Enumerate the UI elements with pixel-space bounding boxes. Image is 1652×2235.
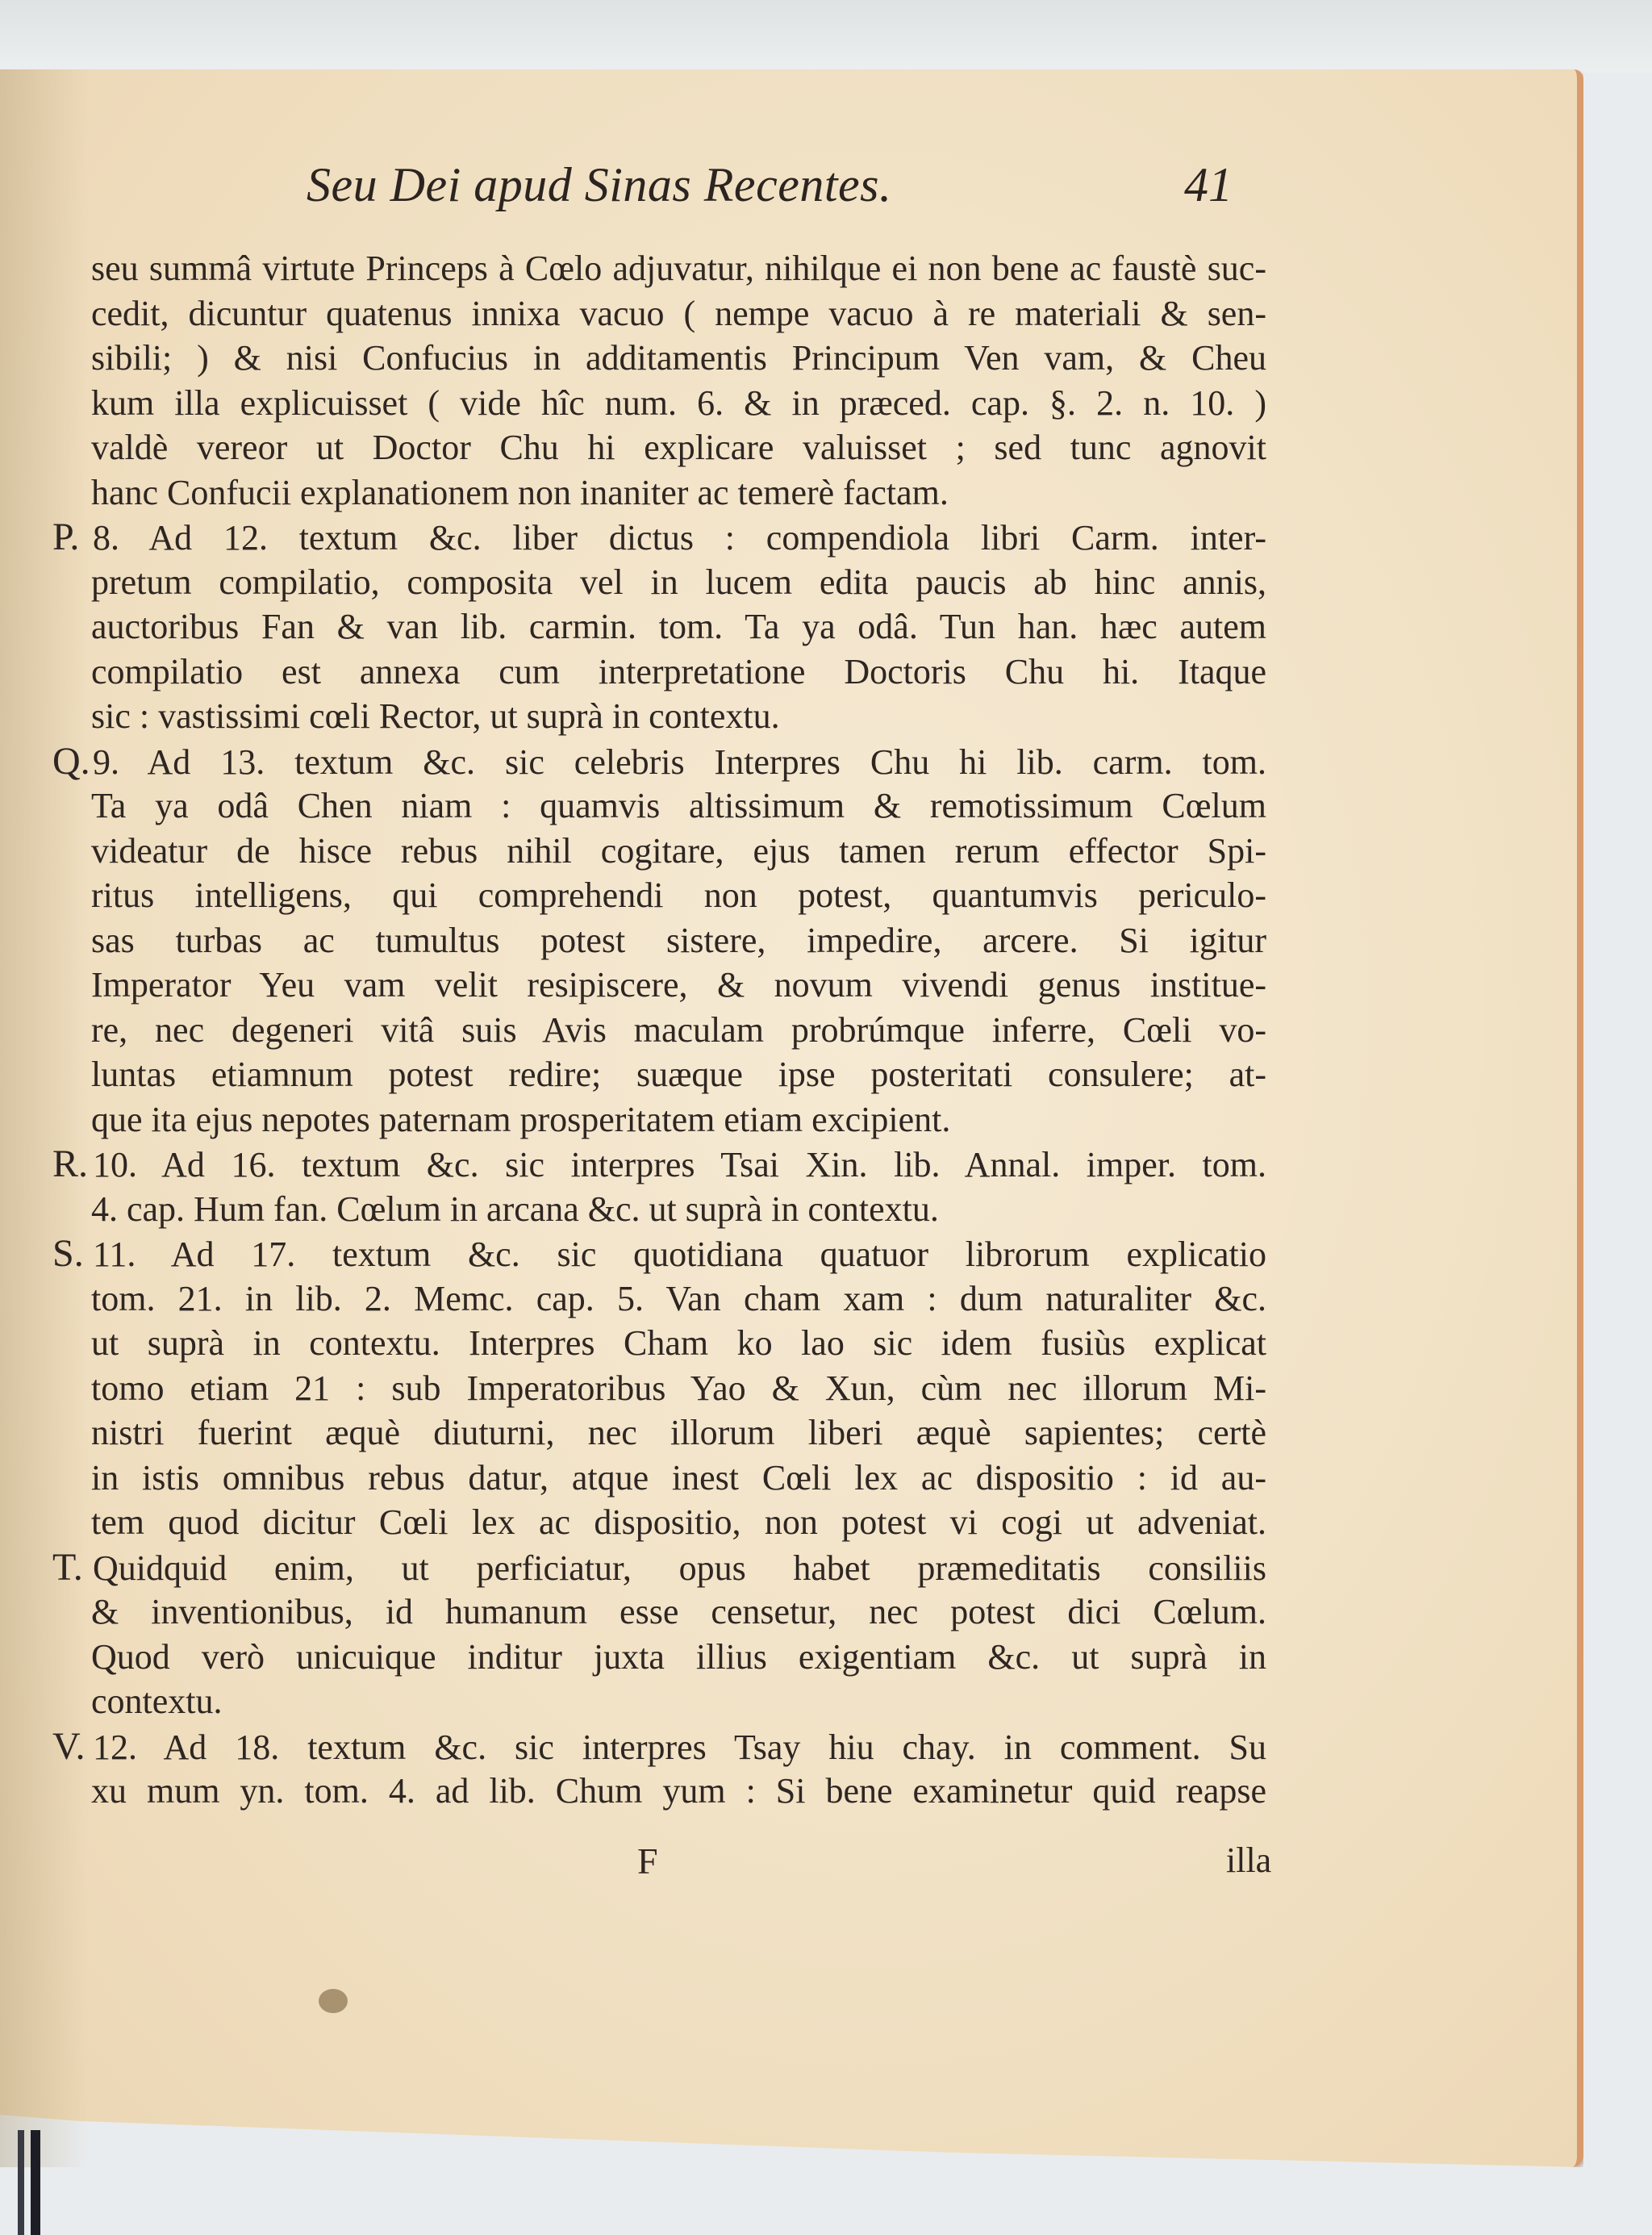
note-line: R.10. Ad 16. textum &c. sic interpres Ts…: [52, 1142, 1266, 1187]
text-line: & inventionibus, id humanum esse censetu…: [52, 1590, 1266, 1635]
note-marker: T.: [52, 1545, 93, 1590]
binding-edge-dark: [31, 2130, 40, 2235]
text-line: sic : vastissimi cœli Rector, ut suprà i…: [52, 694, 1266, 739]
text-line: auctoribus Fan & van lib. carmin. tom. T…: [52, 604, 1266, 650]
text-line: sas turbas ac tumultus potest sistere, i…: [52, 918, 1266, 963]
note-line: S.11. Ad 17. textum &c. sic quotidiana q…: [52, 1231, 1266, 1276]
note-marker: Q.: [52, 739, 93, 784]
text-line: ritus intelligens, qui comprehendi non p…: [52, 873, 1266, 918]
running-head: Seu Dei apud Sinas Recentes.: [307, 157, 891, 213]
text-line: luntas etiamnum potest redire; suæque ip…: [52, 1052, 1266, 1097]
note-line: T.Quidquid enim, ut perficiatur, opus ha…: [52, 1545, 1266, 1590]
text-line: sibili; ) & nisi Confucius in additament…: [52, 336, 1266, 381]
page-number: 41: [1184, 157, 1233, 213]
foxing-spot: [319, 1989, 348, 2013]
text-line: compilatio est annexa cum interpretation…: [52, 650, 1266, 695]
text-line: tomo etiam 21 : sub Imperatoribus Yao & …: [52, 1366, 1266, 1411]
text-line: pretum compilatio, composita vel in luce…: [52, 560, 1266, 605]
note-marker: S.: [52, 1231, 93, 1276]
body-text: seu summâ virtute Princeps à Cœlo adjuva…: [52, 246, 1266, 1814]
text-line: Quod verò unicuique inditur juxta illius…: [52, 1635, 1266, 1680]
text-line: in istis omnibus rebus datur, atque ines…: [52, 1456, 1266, 1501]
note-marker: V.: [52, 1724, 93, 1769]
text-line: re, nec degeneri vitâ suis Avis maculam …: [52, 1008, 1266, 1053]
text-line: tom. 21. in lib. 2. Memc. cap. 5. Van ch…: [52, 1276, 1266, 1322]
text-line: valdè vereor ut Doctor Chu hi explicare …: [52, 425, 1266, 470]
note-marker: P.: [52, 515, 93, 560]
text-line: nistri fuerint æquè diuturni, nec illoru…: [52, 1410, 1266, 1456]
text-line: cedit, dicuntur quatenus innixa vacuo ( …: [52, 291, 1266, 336]
text-line: tem quod dicitur Cœli lex ac dispositio,…: [52, 1500, 1266, 1545]
binding-edge: [18, 2130, 24, 2235]
catchword: illa: [1226, 1840, 1271, 1881]
text-line: ut suprà in contextu. Interpres Cham ko …: [52, 1321, 1266, 1366]
text-line: Imperator Yeu vam velit resipiscere, & n…: [52, 963, 1266, 1008]
note-line: V.12. Ad 18. textum &c. sic interpres Ts…: [52, 1724, 1266, 1769]
text-line: contextu.: [52, 1679, 1266, 1724]
text-line: seu summâ virtute Princeps à Cœlo adjuva…: [52, 246, 1266, 291]
note-marker: R.: [52, 1142, 93, 1187]
text-line: videatur de hisce rebus nihil cogitare, …: [52, 829, 1266, 874]
scan-background: [0, 0, 1652, 73]
text-line: hanc Confucii explanationem non inaniter…: [52, 470, 1266, 516]
text-line: 4. cap. Hum fan. Cœlum in arcana &c. ut …: [52, 1187, 1266, 1232]
text-line: Ta ya odâ Chen niam : quamvis altissimum…: [52, 783, 1266, 829]
text-line: kum illa explicuisset ( vide hîc num. 6.…: [52, 381, 1266, 426]
note-line: Q.9. Ad 13. textum &c. sic celebris Inte…: [52, 739, 1266, 784]
text-line: xu mum yn. tom. 4. ad lib. Chum yum : Si…: [52, 1769, 1266, 1814]
text-line: que ita ejus nepotes paternam prosperita…: [52, 1097, 1266, 1143]
signature-mark: F: [637, 1840, 658, 1882]
note-line: P.8. Ad 12. textum &c. liber dictus : co…: [52, 515, 1266, 560]
